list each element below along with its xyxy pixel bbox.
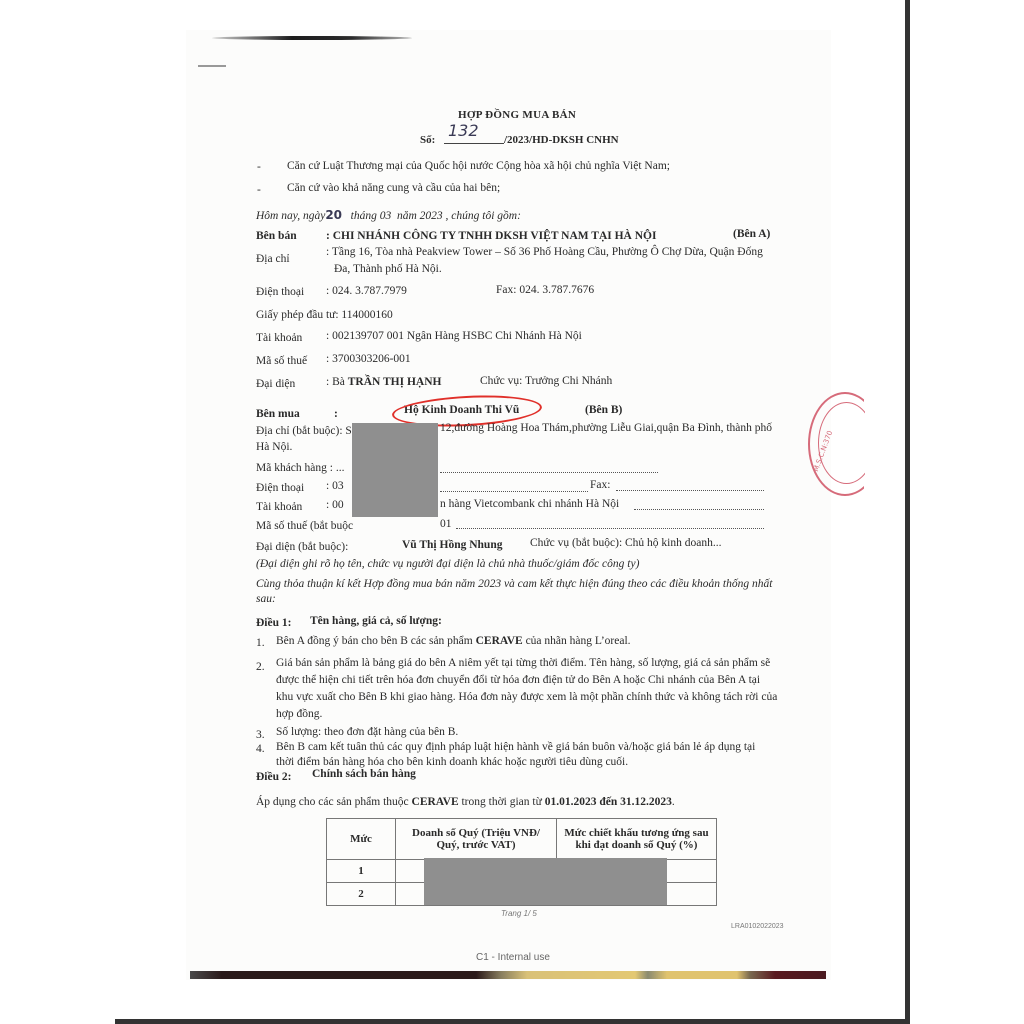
buyer-phone-label: Điện thoại [256,481,304,495]
seller-label: Bên bán [256,229,297,243]
seller-tax: : 3700303206-001 [326,352,411,366]
date-year-text: năm 2023 , chúng tôi gồm: [397,210,521,222]
buyer-rep-label: Đại diện (bắt buộc): [256,540,348,554]
buyer-fax-label: Fax: [590,478,610,492]
cell-level: 2 [327,883,396,906]
seller-fax: Fax: 024. 3.787.7676 [496,283,594,297]
seller-tax-label: Mã số thuế [256,354,307,368]
seller-address-label: Địa chỉ [256,252,290,266]
buyer-colon: : [334,407,338,421]
buyer-rep-position: Chức vụ (bắt buộc): Chủ hộ kinh doanh... [530,536,722,550]
scan-edge-top [212,36,412,40]
date-line: Hôm nay, ngày20 tháng 03 năm 2023 , chún… [256,208,521,223]
buyer-tax: 01 [440,517,452,531]
apply-text: Áp dụng cho các sản phẩm thuộc [256,796,412,808]
brand-name: CERAVE [412,796,459,808]
seller-rep-position: Chức vụ: Trưởng Chi Nhánh [480,374,612,388]
seller-address-line1: : Tầng 16, Tòa nhà Peakview Tower – Số 3… [326,245,763,259]
contract-number-handwritten: 132 [448,124,479,138]
article1-item-num: 2. [256,660,265,674]
apply-text: trong thời gian từ [459,796,545,808]
seller-name: : CHI NHÁNH CÔNG TY TNHH DKSH VIỆT NAM T… [326,229,656,243]
window-border-bottom [115,1019,910,1024]
basis-2: Căn cứ vào khả năng cung và cầu của hai … [287,181,500,195]
dotted-fill [440,462,658,473]
article1-title: Tên hàng, giá cả, số lượng: [310,614,442,628]
redaction-box [352,423,438,517]
seller-account: : 002139707 001 Ngân Hàng HSBC Chi Nhánh… [326,329,582,343]
item-text: của nhãn hàng L’oreal. [523,635,631,647]
article1-item-2-line1: Giá bán sản phẩm là bảng giá do bên A ni… [276,656,770,670]
apply-dates: 01.01.2023 đến 31.12.2023 [545,796,672,808]
seller-rep: : Bà TRẦN THỊ HẠNH [326,375,441,389]
table-header-row: Mức Doanh số Quý (Triệu VNĐ/ Quý, trước … [327,819,717,860]
date-prefix: Hôm nay, ngày [256,210,325,222]
document-code: LRA0102022023 [731,920,784,934]
cell-level: 1 [327,860,396,883]
article1-item-2-line4: hợp đồng. [276,707,322,721]
item-text: Bên A đồng ý bán cho bên B các sản phẩm [276,635,476,647]
article1-label: Điều 1: [256,616,291,630]
article1-item-num: 1. [256,636,265,650]
seller-party: (Bên A) [733,227,770,241]
article1-item-num: 3. [256,728,265,742]
buyer-address-line1: 12,đường Hoàng Hoa Thám,phường Liễu Giai… [440,421,772,435]
page-indicator: Trang 1/ 5 [501,907,537,921]
document-title: HỢP ĐỒNG MUA BÁN [458,108,576,122]
buyer-phone: : 03 [326,479,344,493]
buyer-customer-code-label: Mã khách hàng : ... [256,462,344,474]
dotted-fill [616,480,764,491]
article2-apply: Áp dụng cho các sản phẩm thuộc CERAVE tr… [256,795,675,809]
buyer-label: Bên mua [256,407,300,421]
dotted-fill [456,518,764,529]
dotted-fill [440,481,588,492]
bullet: - [257,183,261,197]
article1-item-4-line1: Bên B cam kết tuân thủ các quy định pháp… [276,740,755,754]
scan-mark [198,65,226,67]
redaction-box [424,858,667,905]
seller-rep-prefix: : Bà [326,376,345,388]
buyer-address-label: Địa chỉ (bắt buộc): S [256,424,352,438]
buyer-rep-name: Vũ Thị Hồng Nhung [402,538,502,552]
agreement-line1: Cùng thỏa thuận kí kết Hợp đồng mua bán … [256,577,772,591]
seller-rep-name: TRẦN THỊ HẠNH [348,376,442,388]
article2-label: Điều 2: [256,770,291,784]
dotted-fill [634,499,764,510]
article1-item-3: Số lượng: theo đơn đặt hàng của bên B. [276,725,458,739]
seller-rep-label: Đại diện [256,377,295,391]
scan-edge-bottom [190,971,826,979]
buyer-party: (Bên B) [585,403,622,417]
seller-address-line2: Đa, Thành phố Hà Nội. [334,262,442,276]
buyer-account-label: Tài khoản [256,500,302,514]
buyer-account-rest: n hàng Vietcombank chi nhánh Hà Nội [440,497,619,511]
article1-item-2-line2: được thể hiện chi tiết trên hóa đơn chuy… [276,673,760,687]
buyer-tax-label: Mã số thuế (bắt buộc [256,519,353,533]
classification-label: C1 - Internal use [476,951,550,965]
contract-number-suffix: /2023/HD-DKSH CNHN [504,133,619,147]
seller-phone: : 024. 3.787.7979 [326,284,407,298]
contract-number-prefix: Số: [420,133,435,147]
date-day: 20 [325,208,342,222]
seller-license: Giấy phép đầu tư: 114000160 [256,308,393,322]
article1-item-1: Bên A đồng ý bán cho bên B các sản phẩm … [276,634,631,648]
apply-text: . [672,796,675,808]
date-month-label: tháng [351,210,377,222]
buyer-customer-code: Mã khách hàng : ... [256,461,344,475]
buyer-account: : 00 [326,498,344,512]
seller-account-label: Tài khoản [256,331,302,345]
window-border-right [905,0,910,1022]
header-revenue: Doanh số Quý (Triệu VNĐ/ Quý, trước VAT) [396,819,557,860]
bullet: - [257,160,261,174]
header-discount: Mức chiết khấu tương ứng sau khi đạt doa… [557,819,717,860]
date-month: 03 [380,210,392,222]
article2-title: Chính sách bán hàng [312,767,416,781]
brand-name: CERAVE [476,635,523,647]
buyer-address-line2: Hà Nội. [256,440,292,454]
seller-phone-label: Điện thoại [256,285,304,299]
basis-1: Căn cứ Luật Thương mại của Quốc hội nước… [287,159,670,173]
number-underline [444,143,504,144]
agreement-line2: sau: [256,592,276,606]
rep-note: (Đại diện ghi rõ họ tên, chức vụ người đ… [256,557,639,571]
article1-item-2-line3: khu vực xuất cho Bên B khi giao hàng. Hó… [276,690,777,704]
article1-item-num: 4. [256,742,265,756]
header-level: Mức [327,819,396,860]
